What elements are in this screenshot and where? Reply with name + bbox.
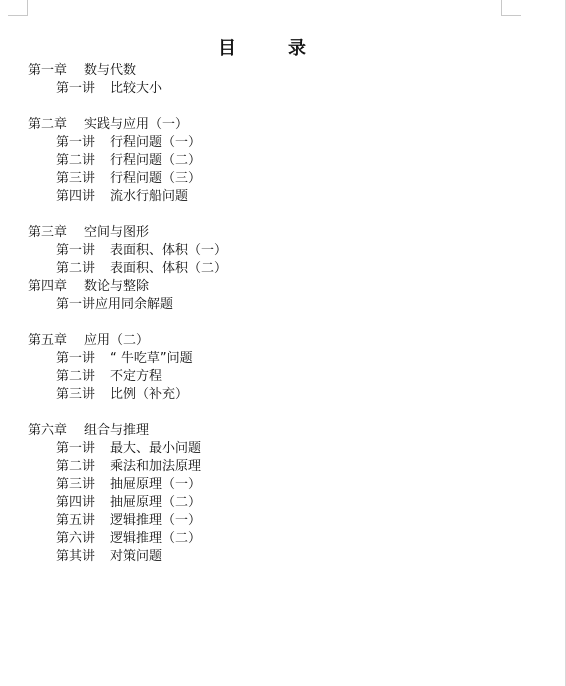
- toc-chapter-entry[interactable]: 第二章实践与应用（一）: [28, 116, 227, 134]
- lesson-number: 第其讲: [56, 548, 110, 566]
- lesson-number: 第一讲: [56, 80, 110, 98]
- toc-lesson-entry[interactable]: 第一讲应用同余解题: [28, 296, 227, 314]
- lesson-title: 应用同余解题: [95, 297, 173, 312]
- chapter-title: 组合与推理: [84, 423, 149, 438]
- lesson-title: 不定方程: [110, 369, 162, 384]
- spacer: [28, 98, 227, 116]
- toc-lesson-entry[interactable]: 第四讲流水行船问题: [28, 188, 227, 206]
- lesson-number: 第三讲: [56, 170, 110, 188]
- lesson-title: 抽屉原理（二）: [110, 495, 201, 510]
- chapter-title: 应用（二）: [84, 333, 149, 348]
- lesson-number: 第一讲: [56, 134, 110, 152]
- toc-chapter-entry[interactable]: 第六章组合与推理: [28, 422, 227, 440]
- page-title: 目录: [218, 34, 306, 60]
- toc-lesson-entry[interactable]: 第四讲抽屉原理（二）: [28, 494, 227, 512]
- lesson-number: 第四讲: [56, 494, 110, 512]
- chapter-number: 第四章: [28, 278, 84, 296]
- title-char-1: 目: [218, 34, 236, 60]
- title-char-2: 录: [288, 34, 306, 60]
- chapter-number: 第二章: [28, 116, 84, 134]
- spacer: [28, 314, 227, 332]
- spacer: [28, 206, 227, 224]
- toc-lesson-entry[interactable]: 第二讲乘法和加法原理: [28, 458, 227, 476]
- toc-lesson-entry[interactable]: 第三讲行程问题（三）: [28, 170, 227, 188]
- lesson-title: 比例（补充）: [110, 387, 188, 402]
- chapter-title: 实践与应用（一）: [84, 117, 188, 132]
- lesson-number: 第三讲: [56, 386, 110, 404]
- toc-lesson-entry[interactable]: 第三讲比例（补充）: [28, 386, 227, 404]
- toc-chapter-entry[interactable]: 第一章数与代数: [28, 62, 227, 80]
- chapter-number: 第一章: [28, 62, 84, 80]
- toc-lesson-entry[interactable]: 第一讲比较大小: [28, 80, 227, 98]
- lesson-title: 流水行船问题: [110, 189, 188, 204]
- lesson-number: 第五讲: [56, 512, 110, 530]
- lesson-title: 表面积、体积（一）: [110, 243, 227, 258]
- toc-lesson-entry[interactable]: 第一讲表面积、体积（一）: [28, 242, 227, 260]
- toc-lesson-entry[interactable]: 第一讲“ 牛吃草”问题: [28, 350, 227, 368]
- lesson-title: “ 牛吃草”问题: [110, 351, 193, 366]
- lesson-title: 表面积、体积（二）: [110, 261, 227, 276]
- lesson-number: 第三讲: [56, 476, 110, 494]
- lesson-number: 第二讲: [56, 260, 110, 278]
- lesson-number: 第四讲: [56, 188, 110, 206]
- chapter-number: 第三章: [28, 224, 84, 242]
- lesson-number: 第二讲: [56, 458, 110, 476]
- margin-corner-mark-top-right: [501, 0, 521, 16]
- lesson-title: 行程问题（二）: [110, 153, 201, 168]
- lesson-title: 乘法和加法原理: [110, 459, 201, 474]
- toc-chapter-entry[interactable]: 第三章空间与图形: [28, 224, 227, 242]
- lesson-number: 第一讲: [56, 296, 95, 314]
- toc-lesson-entry[interactable]: 第二讲不定方程: [28, 368, 227, 386]
- toc-lesson-entry[interactable]: 第一讲最大、最小问题: [28, 440, 227, 458]
- lesson-title: 比较大小: [110, 81, 162, 96]
- chapter-title: 数与代数: [84, 63, 136, 78]
- lesson-number: 第一讲: [56, 242, 110, 260]
- toc-lesson-entry[interactable]: 第三讲抽屉原理（一）: [28, 476, 227, 494]
- margin-corner-mark-top-left: [8, 0, 28, 16]
- toc-lesson-entry[interactable]: 第其讲对策问题: [28, 548, 227, 566]
- lesson-title: 逻辑推理（二）: [110, 531, 201, 546]
- spacer: [28, 404, 227, 422]
- toc-lesson-entry[interactable]: 第二讲表面积、体积（二）: [28, 260, 227, 278]
- chapter-title: 空间与图形: [84, 225, 149, 240]
- lesson-title: 最大、最小问题: [110, 441, 201, 456]
- lesson-title: 逻辑推理（一）: [110, 513, 201, 528]
- lesson-title: 行程问题（一）: [110, 135, 201, 150]
- toc-chapter-entry[interactable]: 第四章数论与整除: [28, 278, 227, 296]
- toc-lesson-entry[interactable]: 第一讲行程问题（一）: [28, 134, 227, 152]
- lesson-title: 对策问题: [110, 549, 162, 564]
- chapter-title: 数论与整除: [84, 279, 149, 294]
- lesson-number: 第二讲: [56, 152, 110, 170]
- chapter-number: 第六章: [28, 422, 84, 440]
- table-of-contents: 第一章数与代数第一讲比较大小第二章实践与应用（一）第一讲行程问题（一）第二讲行程…: [28, 62, 227, 566]
- lesson-number: 第一讲: [56, 350, 110, 368]
- lesson-number: 第六讲: [56, 530, 110, 548]
- lesson-number: 第一讲: [56, 440, 110, 458]
- lesson-title: 行程问题（三）: [110, 171, 201, 186]
- chapter-number: 第五章: [28, 332, 84, 350]
- toc-lesson-entry[interactable]: 第二讲行程问题（二）: [28, 152, 227, 170]
- lesson-title: 抽屉原理（一）: [110, 477, 201, 492]
- toc-lesson-entry[interactable]: 第五讲逻辑推理（一）: [28, 512, 227, 530]
- toc-lesson-entry[interactable]: 第六讲逻辑推理（二）: [28, 530, 227, 548]
- toc-chapter-entry[interactable]: 第五章应用（二）: [28, 332, 227, 350]
- lesson-number: 第二讲: [56, 368, 110, 386]
